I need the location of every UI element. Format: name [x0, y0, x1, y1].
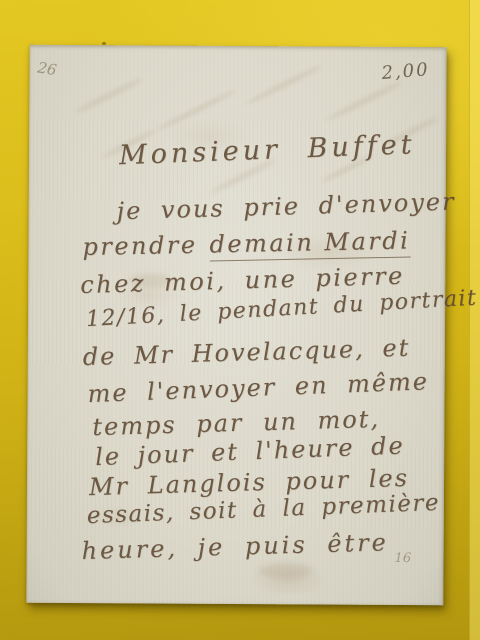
photo-background: 26 2,00 16 Monsieur Buffet je vous prie …: [0, 0, 480, 640]
letter-line: heure, je puis être: [81, 528, 389, 565]
letter-line: prendredemain Mardi: [82, 226, 410, 261]
pencil-price-top-right: 2,00: [381, 59, 431, 84]
bleed-through-marks: [30, 45, 447, 48]
letter-line: de Mr Hovelacque, et: [82, 334, 410, 371]
letter-line: je vous prie d'envoyer: [116, 188, 456, 226]
pencil-number-top-left: 26: [36, 58, 58, 79]
letter-line-salutation: Monsieur Buffet: [118, 129, 416, 171]
letter-line: me l'envoyer en même: [87, 367, 429, 408]
letter-paper: 26 2,00 16 Monsieur Buffet je vous prie …: [26, 45, 446, 606]
letter-line-pre: prendre: [82, 231, 198, 261]
letter-line-underlined-date: demain Mardi: [209, 226, 410, 261]
backdrop-seam: [469, 0, 480, 640]
pencil-number-bottom-right: 16: [395, 551, 412, 566]
